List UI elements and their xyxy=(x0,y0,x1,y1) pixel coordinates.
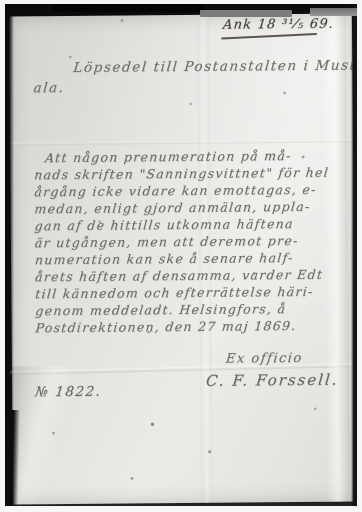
scan-dark-edge-right xyxy=(351,4,357,506)
backdrop-gray-edge-2 xyxy=(310,8,357,16)
reference-number: № 1822. xyxy=(34,384,102,401)
photo-area: Ank 18 ³¹⁄₅ 69. Löpsedel till Postanstal… xyxy=(5,4,357,506)
backdrop-top-band xyxy=(53,4,205,12)
date-underline-stroke xyxy=(221,33,317,39)
letter-body: Att någon prenumeration på må- nads skri… xyxy=(34,147,346,337)
letter-heading-line2: ala. xyxy=(33,80,66,96)
letter-paper: Ank 18 ³¹⁄₅ 69. Löpsedel till Postanstal… xyxy=(9,14,356,505)
letter-body-line: Postdirektionen, den 27 maj 1869. xyxy=(35,317,347,337)
backdrop-gray-edge-1 xyxy=(200,10,292,17)
closing-ex-officio: Ex officio xyxy=(225,351,303,367)
scan-dark-edge-left-lower xyxy=(5,410,20,506)
arrival-date-note: Ank 18 ³¹⁄₅ 69. xyxy=(222,17,335,33)
fold-crease-upper xyxy=(10,140,353,146)
signature: C. F. Forssell. xyxy=(205,371,339,390)
letter-heading-line1: Löpsedel till Postanstalten i Musti- xyxy=(73,57,357,76)
scanned-letter-page: Ank 18 ³¹⁄₅ 69. Löpsedel till Postanstal… xyxy=(0,0,362,512)
